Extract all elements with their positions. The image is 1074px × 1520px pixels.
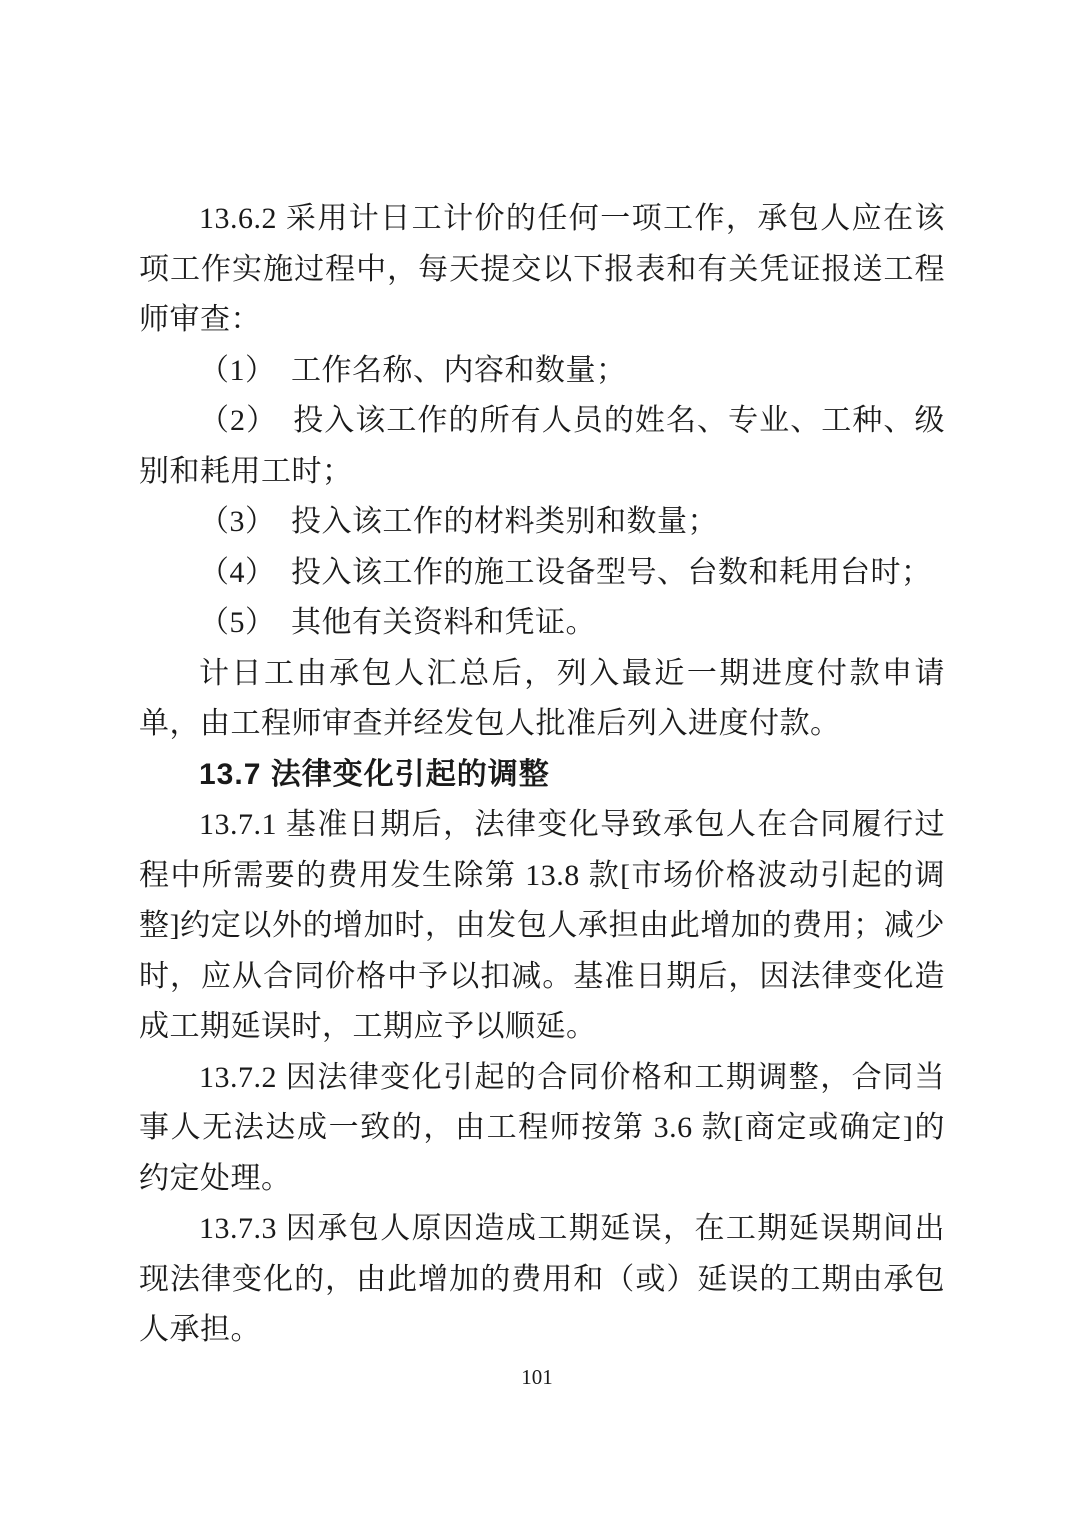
section-13-7-heading: 13.7 法律变化引起的调整 (139, 750, 945, 801)
document-page: 13.6.2 采用计日工计价的任何一项工作，承包人应在该项工作实施过程中，每天提… (0, 0, 1074, 1520)
daywork-report-item-3: （3） 投入该工作的材料类别和数量； (139, 497, 945, 548)
document-body: 13.6.2 采用计日工计价的任何一项工作，承包人应在该项工作实施过程中，每天提… (139, 194, 945, 1356)
daywork-report-item-2: （2） 投入该工作的所有人员的姓名、专业、工种、级别和耗用工时； (139, 396, 945, 497)
daywork-report-item-4: （4） 投入该工作的施工设备型号、台数和耗用台时； (139, 548, 945, 599)
daywork-report-item-1: （1） 工作名称、内容和数量； (139, 346, 945, 397)
page-number: 101 (0, 1363, 1074, 1391)
clause-13-7-1-paragraph: 13.7.1 基准日期后，法律变化导致承包人在合同履行过程中所需要的费用发生除第… (139, 800, 945, 1053)
daywork-report-item-5: （5） 其他有关资料和凭证。 (139, 598, 945, 649)
clause-13-7-2-paragraph: 13.7.2 因法律变化引起的合同价格和工期调整，合同当事人无法达成一致的，由工… (139, 1053, 945, 1205)
daywork-summary-paragraph: 计日工由承包人汇总后，列入最近一期进度付款申请单，由工程师审查并经发包人批准后列… (139, 649, 945, 750)
clause-13-6-2-paragraph: 13.6.2 采用计日工计价的任何一项工作，承包人应在该项工作实施过程中，每天提… (139, 194, 945, 346)
clause-13-7-3-paragraph: 13.7.3 因承包人原因造成工期延误，在工期延误期间出现法律变化的，由此增加的… (139, 1204, 945, 1356)
